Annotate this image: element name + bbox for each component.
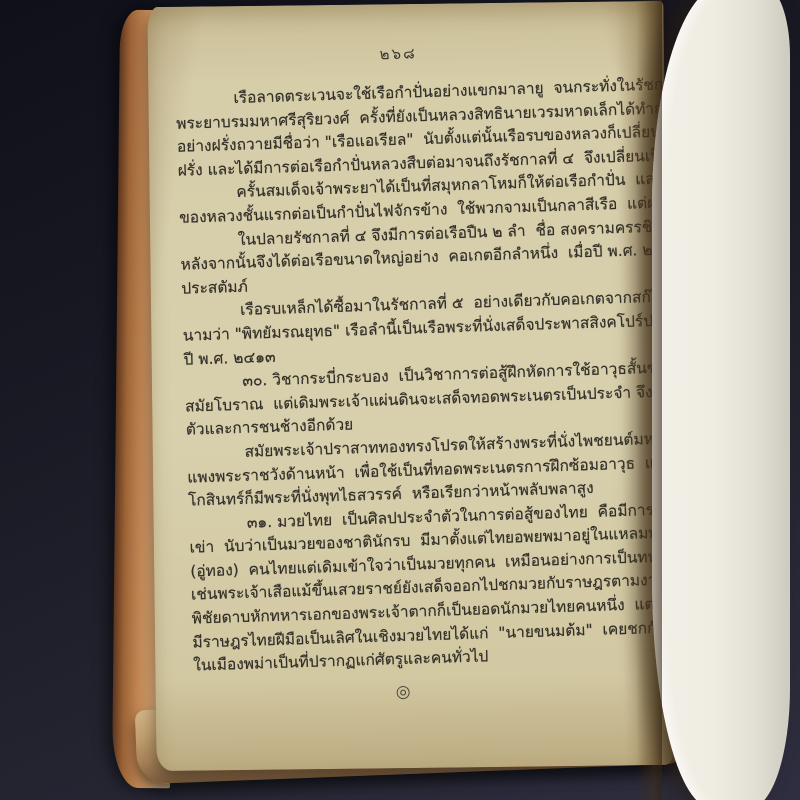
end-of-section-ornament: ◎ <box>194 673 673 708</box>
page-text-area: ๒๖๘ เรือลาดตระเวนจะใช้เรือกำปั่นอย่างแขก… <box>174 34 673 709</box>
facing-page <box>652 0 790 800</box>
gutter-shadow <box>636 0 662 800</box>
book-photo-scene: ๒๖๘ เรือลาดตระเวนจะใช้เรือกำปั่นอย่างแขก… <box>0 0 800 800</box>
book-page: ๒๖๘ เรือลาดตระเวนจะใช้เรือกำปั่นอย่างแขก… <box>147 1 672 771</box>
text-lines: เรือลาดตระเวนจะใช้เรือกำปั่นอย่างแขกมาลา… <box>175 74 673 679</box>
page-number: ๒๖๘ <box>174 34 663 73</box>
